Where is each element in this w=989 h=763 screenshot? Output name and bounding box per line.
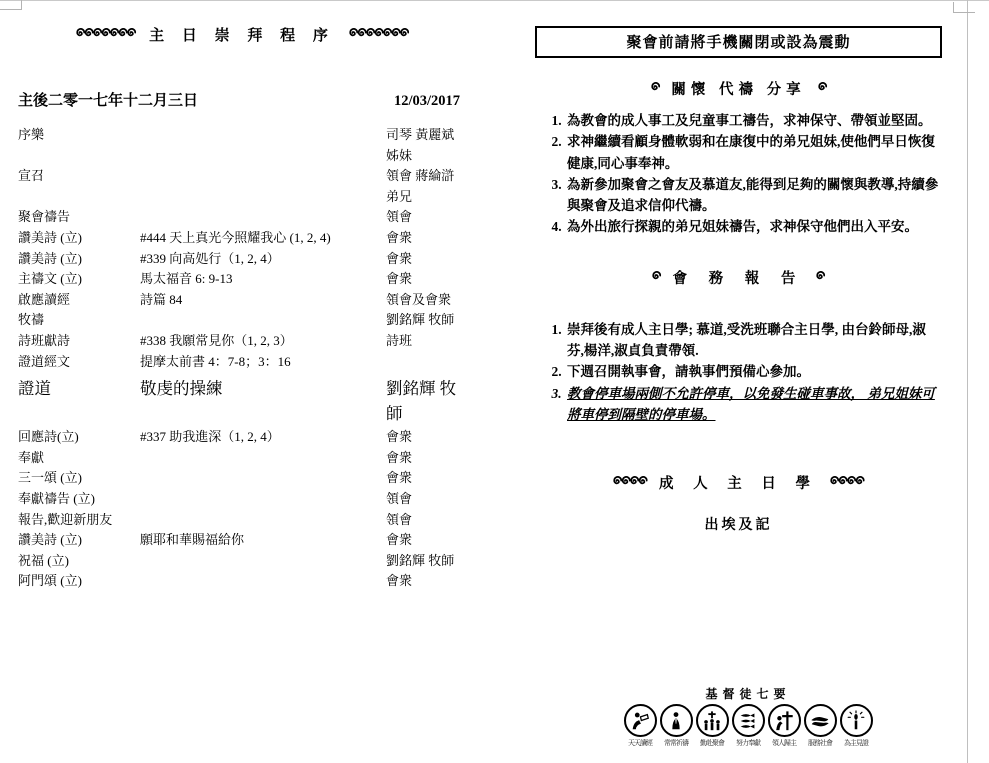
program-item: 牧禱 [18,310,140,331]
program-content: #339 向高処行（1, 2, 4） [140,249,386,270]
logo-label: 領人歸主 [768,738,801,748]
program-item: 讚美詩 (立) [18,530,140,551]
program-who: 劉銘輝 牧師 [386,551,466,572]
program-who: 司琴 黃麗斌 姊妹 [386,125,466,166]
care-header-label: 關懷 代禱 分享 [671,78,805,99]
flourish-ornament [649,80,662,97]
offering-icon [737,710,759,732]
flourish-ornament [650,269,663,286]
program-row: 三一頌 (立)會衆 [18,468,466,489]
announcements-column: 聚會前請將手機關閉或設為震動 關懷 代禱 分享 為教會的成人事工及兒童事工禱告，… [535,26,942,534]
flourish-ornament [347,26,411,43]
care-item: 為新參加聚會之會友及慕道友,能得到足夠的關懷與教導,持續參與聚會及追求信仰代禱。 [565,174,942,217]
care-item: 為外出旅行探親的弟兄姐妹禱告，求神保守他們出入平安。 [565,216,942,237]
praying-icon [665,710,687,732]
program-row: 聚會禱告領會 [18,207,466,228]
program-who: 詩班 [386,331,466,352]
logo-badge [732,704,765,737]
report-header-label: 會 務 報 告 [673,267,805,288]
care-item: 求神繼續看顧身體軟弱和在康復中的弟兄姐妹,使他們早日恢復健康,同心事奉神。 [565,131,942,174]
program-item: 讚美詩 (立) [18,228,140,249]
care-header: 關懷 代禱 分享 [535,78,942,99]
program-item: 奉獻禱告 (立) [18,489,140,510]
program-who: 領會及會衆 [386,290,466,311]
care-list: 為教會的成人事工及兒童事工禱告，求神保守、帶領並堅固。求神繼續看顧身體軟弱和在康… [535,110,942,238]
service-icon [809,710,831,732]
program-item: 奉獻 [18,448,140,469]
logo-title: 基督徒七要 [612,685,884,702]
program-rows: 序樂司琴 黃麗斌 姊妹宣召領會 蔣綸滸 弟兄聚會禱告領會讚美詩 (立)#444 … [18,125,466,592]
worship-program-column: 主 日 崇 拜 程 序 主後二零一七年十二月三日 12/03/2017 序樂司琴… [18,24,466,592]
logo-badge [624,704,657,737]
program-item: 詩班獻詩 [18,331,140,352]
care-item: 為教會的成人事工及兒童事工禱告，求神保守、帶領並堅固。 [565,110,942,131]
logo-badge [696,704,729,737]
program-row: 讚美詩 (立)#339 向高処行（1, 2, 4）會衆 [18,249,466,270]
program-content: #444 天上真光今照耀我心 (1, 2, 4) [140,228,386,249]
report-item: 教會停車場兩側不允許停車，以免發生碰車事故， 弟兄姐妹可將車停到隔壁的停車場。 [565,383,942,426]
page-right-boundary [967,0,968,763]
program-who: 會衆 [386,249,466,270]
program-row: 證道敬虔的操練劉銘輝 牧師 [18,376,466,426]
program-title: 主 日 崇 拜 程 序 [149,24,335,45]
logo-label: 常常祈禱 [660,738,693,748]
sunday-school-header: 成 人 主 日 學 [535,472,942,493]
flourish-ornament [611,474,649,491]
program-content: #338 我願常見你（1, 2, 3） [140,331,386,352]
logo-label: 為主見證 [840,738,873,748]
crop-mark-top-left [0,0,22,10]
logo-label: 天天讀經 [624,738,657,748]
program-row: 宣召領會 蔣綸滸 弟兄 [18,166,466,207]
logo-badge [840,704,873,737]
program-who: 領會 蔣綸滸 弟兄 [386,166,466,207]
witness-icon [845,710,867,732]
program-item: 證道 [18,376,140,401]
program-row: 序樂司琴 黃麗斌 姊妹 [18,125,466,166]
program-who: 會衆 [386,269,466,290]
program-item: 序樂 [18,125,140,146]
logo-label: 努力奉獻 [732,738,765,748]
report-header: 會 務 報 告 [535,267,942,288]
program-who: 劉銘輝 牧師 [386,310,466,331]
program-row: 祝福 (立)劉銘輝 牧師 [18,551,466,572]
logo-badges [612,704,884,737]
logo-label: 勤赴聚會 [696,738,729,748]
program-who: 會衆 [386,448,466,469]
program-item: 聚會禱告 [18,207,140,228]
program-who: 會衆 [386,571,466,592]
program-who: 會衆 [386,228,466,249]
logo-labels: 天天讀經常常祈禱勤赴聚會努力奉獻領人歸主服務社會為主見證 [612,738,884,748]
program-row: 詩班獻詩#338 我願常見你（1, 2, 3）詩班 [18,331,466,352]
flourish-ornament [828,474,866,491]
program-item: 報告,歡迎新朋友 [18,510,140,531]
program-row: 證道經文提摩太前書 4：7-8；3：16 [18,352,466,373]
date-numeric: 12/03/2017 [394,93,466,110]
program-who: 領會 [386,207,466,228]
program-row: 讚美詩 (立)#444 天上真光今照耀我心 (1, 2, 4)會衆 [18,228,466,249]
program-item: 讚美詩 (立) [18,249,140,270]
program-content: 敬虔的操練 [140,376,386,401]
program-who: 領會 [386,510,466,531]
program-row: 奉獻禱告 (立)領會 [18,489,466,510]
program-content: 願耶和華賜福給你 [140,530,386,551]
program-row: 牧禱劉銘輝 牧師 [18,310,466,331]
program-item: 回應詩(立) [18,427,140,448]
reading-icon [629,710,651,732]
program-header: 主 日 崇 拜 程 序 [18,24,466,45]
program-item: 主禱文 (立) [18,269,140,290]
program-row: 主禱文 (立)馬太福音 6: 9-13會衆 [18,269,466,290]
program-item: 三一頌 (立) [18,468,140,489]
program-who: 劉銘輝 牧師 [386,376,466,426]
date-line: 主後二零一七年十二月三日 12/03/2017 [18,89,466,110]
date-chinese: 主後二零一七年十二月三日 [18,89,198,110]
page-top-boundary [0,0,989,1]
logo-badge [660,704,693,737]
program-who: 領會 [386,489,466,510]
program-who: 會衆 [386,427,466,448]
program-content: 提摩太前書 4：7-8；3：16 [140,352,386,373]
program-content: 詩篇 84 [140,290,386,311]
program-row: 奉獻會衆 [18,448,466,469]
report-item: 下週召開執事會，請執事們預備心參加。 [565,361,942,382]
flourish-ornament [816,80,829,97]
report-list: 崇拜後有成人主日學; 慕道,受洗班聯合主日學, 由台鈴師母,淑芬,楊洋,淑貞負責… [535,319,942,425]
logo-badge [768,704,801,737]
program-row: 讚美詩 (立)願耶和華賜福給你會衆 [18,530,466,551]
flourish-ornament [814,269,827,286]
program-row: 報告,歡迎新朋友領會 [18,510,466,531]
flourish-ornament [74,26,138,43]
sunday-school-label: 成 人 主 日 學 [659,472,818,493]
phone-notice-box: 聚會前請將手機關閉或設為震動 [535,26,942,58]
program-who: 會衆 [386,530,466,551]
seven-essentials-logo: 基督徒七要 天天讀經常常祈禱勤赴聚會努力奉獻領人歸主服務社會為主見證 [612,685,884,748]
program-who: 會衆 [386,468,466,489]
report-item: 崇拜後有成人主日學; 慕道,受洗班聯合主日學, 由台鈴師母,淑芬,楊洋,淑貞負責… [565,319,942,362]
program-item: 啟應讀經 [18,290,140,311]
crop-mark-top-right [953,2,975,13]
logo-badge [804,704,837,737]
program-item: 祝福 (立) [18,551,140,572]
program-row: 啟應讀經詩篇 84領會及會衆 [18,290,466,311]
program-content: #337 助我進深（1, 2, 4） [140,427,386,448]
program-item: 阿門頌 (立) [18,571,140,592]
assembly-icon [701,710,723,732]
logo-label: 服務社會 [804,738,837,748]
sunday-school-topic: 出埃及記 [535,514,942,534]
program-row: 回應詩(立)#337 助我進深（1, 2, 4）會衆 [18,427,466,448]
program-item: 證道經文 [18,352,140,373]
program-content: 馬太福音 6: 9-13 [140,269,386,290]
program-item: 宣召 [18,166,140,187]
program-row: 阿門頌 (立)會衆 [18,571,466,592]
bulletin-page: 主 日 崇 拜 程 序 主後二零一七年十二月三日 12/03/2017 序樂司琴… [0,0,989,763]
evangelism-icon [773,710,795,732]
